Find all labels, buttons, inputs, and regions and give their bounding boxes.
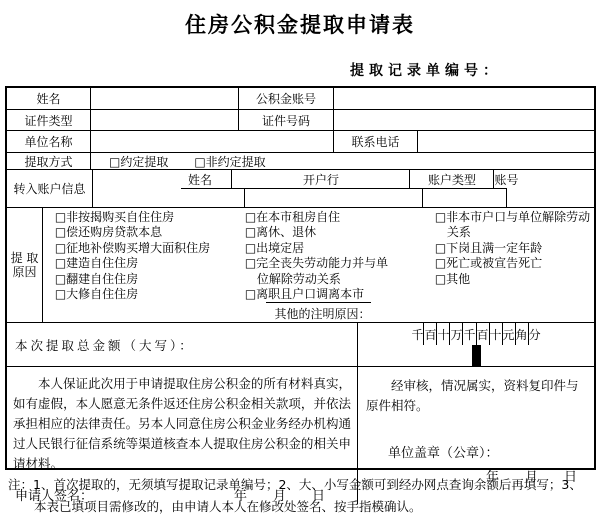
checkbox-reason-rebuild-housing[interactable]: □翻建自住住房	[55, 272, 237, 287]
employer-name-input-cell[interactable]	[90, 131, 333, 152]
checkbox-reason-loss-of-labor[interactable]: □完全丧失劳动能力并与单 位解除劳动关系	[245, 256, 427, 287]
checkbox-reason-build-housing[interactable]: □建造自住住房	[55, 256, 237, 271]
checkbox-reason-overhaul-housing[interactable]: □大修自住住房	[55, 287, 237, 302]
digit-header-bai1: 百	[423, 323, 436, 345]
transfer-account-grid: 姓名 开户行 账户类型 账号	[92, 170, 594, 207]
id-type-input-cell[interactable]	[90, 110, 238, 130]
row-reasons: 提 取 原因 □非按揭购买自住住房 □偿还购房贷款本息 □征地补偿购买增大面积住…	[7, 207, 594, 322]
transfer-account-type-header: 账户类型	[409, 170, 493, 188]
contact-phone-label: 联系电话	[333, 131, 417, 152]
checkbox-reason-other[interactable]: □其他	[435, 272, 590, 287]
contact-phone-input-cell[interactable]	[417, 131, 594, 152]
digit-header-shi1: 十	[436, 323, 449, 345]
checkbox-reason-retirement[interactable]: □离休、退休	[245, 225, 427, 240]
digit-header-yuan: 元	[502, 323, 515, 345]
unit-seal-label[interactable]: 单位盖章（公章）：	[366, 442, 586, 461]
footnote: 注：1、首次提取的，无须填写提取记录单编号；2、大、小写金额可到经办网点查询余额…	[8, 474, 592, 518]
checkbox-reason-laid-off-age[interactable]: □下岗且满一定年龄	[435, 241, 590, 256]
reason-columns: □非按揭购买自住住房 □偿还购房贷款本息 □征地补偿购买增大面积住房 □建造自住…	[47, 208, 590, 302]
transfer-account-section-label: 转入账户信息	[7, 170, 92, 207]
digit-header-qian1: 千	[411, 323, 423, 345]
record-number-label: 提取记录单编号：	[350, 60, 502, 80]
applicant-name-label: 姓名	[7, 88, 90, 109]
other-reason-label: 其他的注明原因：	[274, 305, 370, 322]
amount-digit-grid: 千 百 十 万 千 百 十 元 角 分	[357, 323, 594, 366]
amount-label: 本次提取总金额（大写）：	[7, 323, 357, 366]
transfer-name-header: 姓名	[168, 170, 231, 188]
transfer-account-type-input-cell[interactable]	[422, 189, 506, 207]
withdrawal-method-label: 提取方式	[7, 153, 90, 169]
row-method: 提取方式 □约定提取 □非约定提取	[7, 152, 594, 169]
checkbox-agreed-withdrawal[interactable]: □约定提取	[109, 153, 168, 169]
checkbox-reason-non-mortgage-purchase[interactable]: □非按揭购买自住住房	[55, 210, 237, 225]
row-transfer-account: 转入账户信息 姓名 开户行 账户类型 账号	[7, 169, 594, 207]
application-form-table: 姓名 公积金账号 证件类型 证件号码 单位名称 联系电话 提取方式 □约定提取 …	[5, 86, 596, 470]
checkbox-reason-rent-local[interactable]: □在本市租房自住	[245, 210, 427, 225]
declaration-text: 本人保证此次用于申请提取住房公积金的所有材料真实，如有虚假，本人愿意无条件返还住…	[13, 374, 351, 474]
digit-header-bai2: 百	[476, 323, 489, 345]
fund-account-input-cell[interactable]	[333, 88, 594, 109]
id-number-input-cell[interactable]	[333, 110, 594, 130]
transfer-bank-input-cell[interactable]	[244, 189, 422, 207]
checkbox-reason-repay-loan[interactable]: □偿还购房贷款本息	[55, 225, 237, 240]
other-reason-row: 其他的注明原因：	[266, 302, 370, 322]
checkbox-reason-death[interactable]: □死亡或被宣告死亡	[435, 256, 590, 271]
transfer-header-row: 姓名 开户行 账户类型 账号	[168, 170, 518, 188]
row-id: 证件类型 证件号码	[7, 109, 594, 130]
reason-column-3: □非本市户口与单位解除劳动 关系 □下岗且满一定年龄 □死亡或被宣告死亡 □其他	[427, 210, 590, 302]
checkbox-reason-leave-city[interactable]: □离职且户口调离本市	[245, 287, 427, 302]
transfer-input-row	[181, 188, 507, 207]
page-title: 住房公积金提取申请表	[0, 9, 600, 39]
digit-header-wan: 万	[449, 323, 462, 345]
employer-name-label: 单位名称	[7, 131, 90, 152]
application-form-page: 住房公积金提取申请表 提取记录单编号： 姓名 公积金账号 证件类型 证件号码 单…	[0, 0, 600, 523]
id-type-label: 证件类型	[7, 110, 90, 130]
audit-text: 经审核，情况属实，资料复印件与原件相符。	[366, 376, 586, 416]
transfer-name-input-cell[interactable]	[181, 189, 244, 207]
digit-input-cell-10[interactable]	[480, 346, 481, 366]
id-number-label: 证件号码	[238, 110, 333, 130]
digit-header-row: 千 百 十 万 千 百 十 元 角 分	[411, 323, 540, 345]
row-employer-phone: 单位名称 联系电话	[7, 130, 594, 152]
fund-account-label: 公积金账号	[238, 88, 333, 109]
transfer-account-number-input-cell[interactable]	[506, 189, 507, 207]
applicant-name-input-cell[interactable]	[90, 88, 238, 109]
reason-column-2: □在本市租房自住 □离休、退休 □出境定居 □完全丧失劳动能力并与单 位解除劳动…	[237, 210, 427, 302]
digit-header-shi2: 十	[489, 323, 502, 345]
digit-header-fen: 分	[528, 323, 541, 345]
row-amount: 本次提取总金额（大写）： 千 百 十 万 千 百 十 元 角 分	[7, 322, 594, 366]
checkbox-reason-nonlocal-terminate[interactable]: □非本市户口与单位解除劳动 关系	[435, 210, 590, 241]
digit-input-row	[472, 345, 481, 366]
withdrawal-reason-area: □非按揭购买自住住房 □偿还购房贷款本息 □征地补偿购买增大面积住房 □建造自住…	[42, 208, 594, 322]
digit-header-qian2: 千	[462, 323, 475, 345]
withdrawal-method-options: □约定提取 □非约定提取	[90, 153, 594, 169]
reason-column-1: □非按揭购买自住住房 □偿还购房贷款本息 □征地补偿购买增大面积住房 □建造自住…	[47, 210, 237, 302]
checkbox-reason-settle-abroad[interactable]: □出境定居	[245, 241, 427, 256]
checkbox-reason-land-compensation[interactable]: □征地补偿购买增大面积住房	[55, 241, 237, 256]
withdrawal-reason-label: 提 取 原因	[7, 208, 42, 322]
transfer-bank-header: 开户行	[231, 170, 409, 188]
transfer-account-number-header: 账号	[493, 170, 518, 188]
row-name-account: 姓名 公积金账号	[7, 88, 594, 109]
checkbox-non-agreed-withdrawal[interactable]: □非约定提取	[194, 153, 265, 169]
digit-header-jiao: 角	[515, 323, 528, 345]
